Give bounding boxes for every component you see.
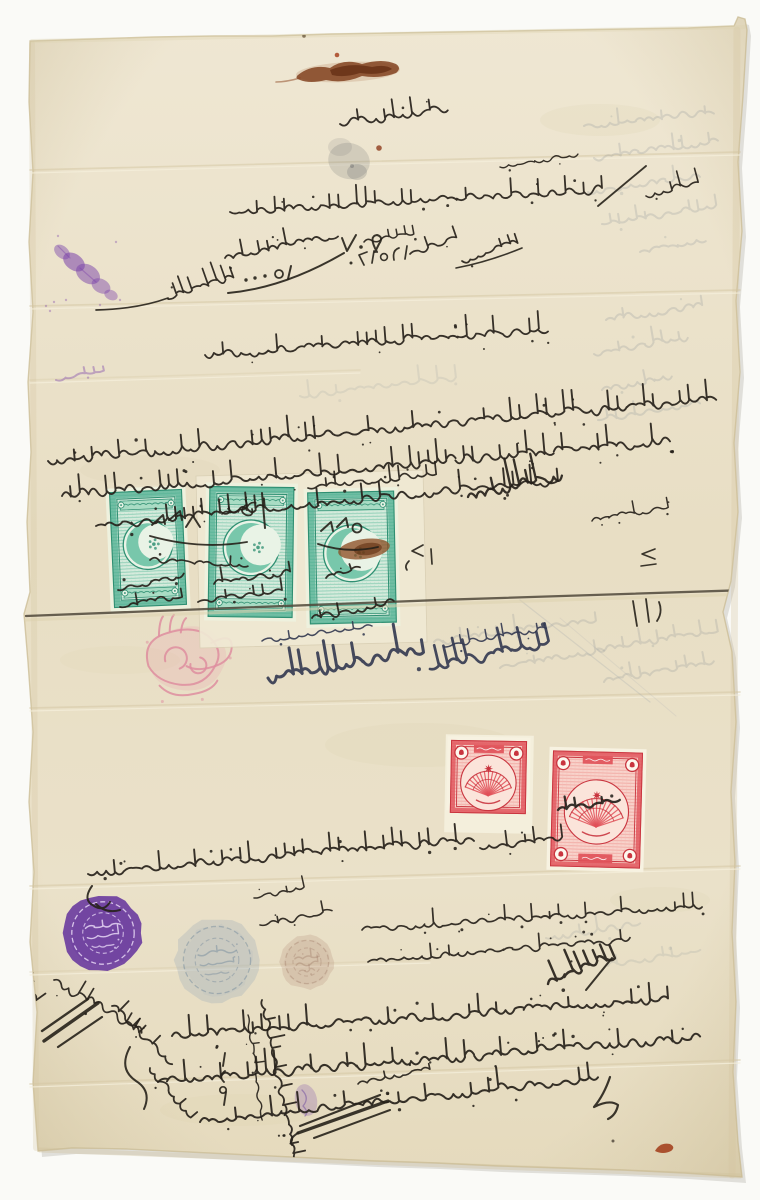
green-revenue-stamp <box>105 485 190 611</box>
scanned-document <box>0 0 760 1200</box>
red-revenue-stamp <box>446 736 530 813</box>
document-scan <box>0 0 760 1200</box>
red-revenue-stamp <box>546 747 646 872</box>
